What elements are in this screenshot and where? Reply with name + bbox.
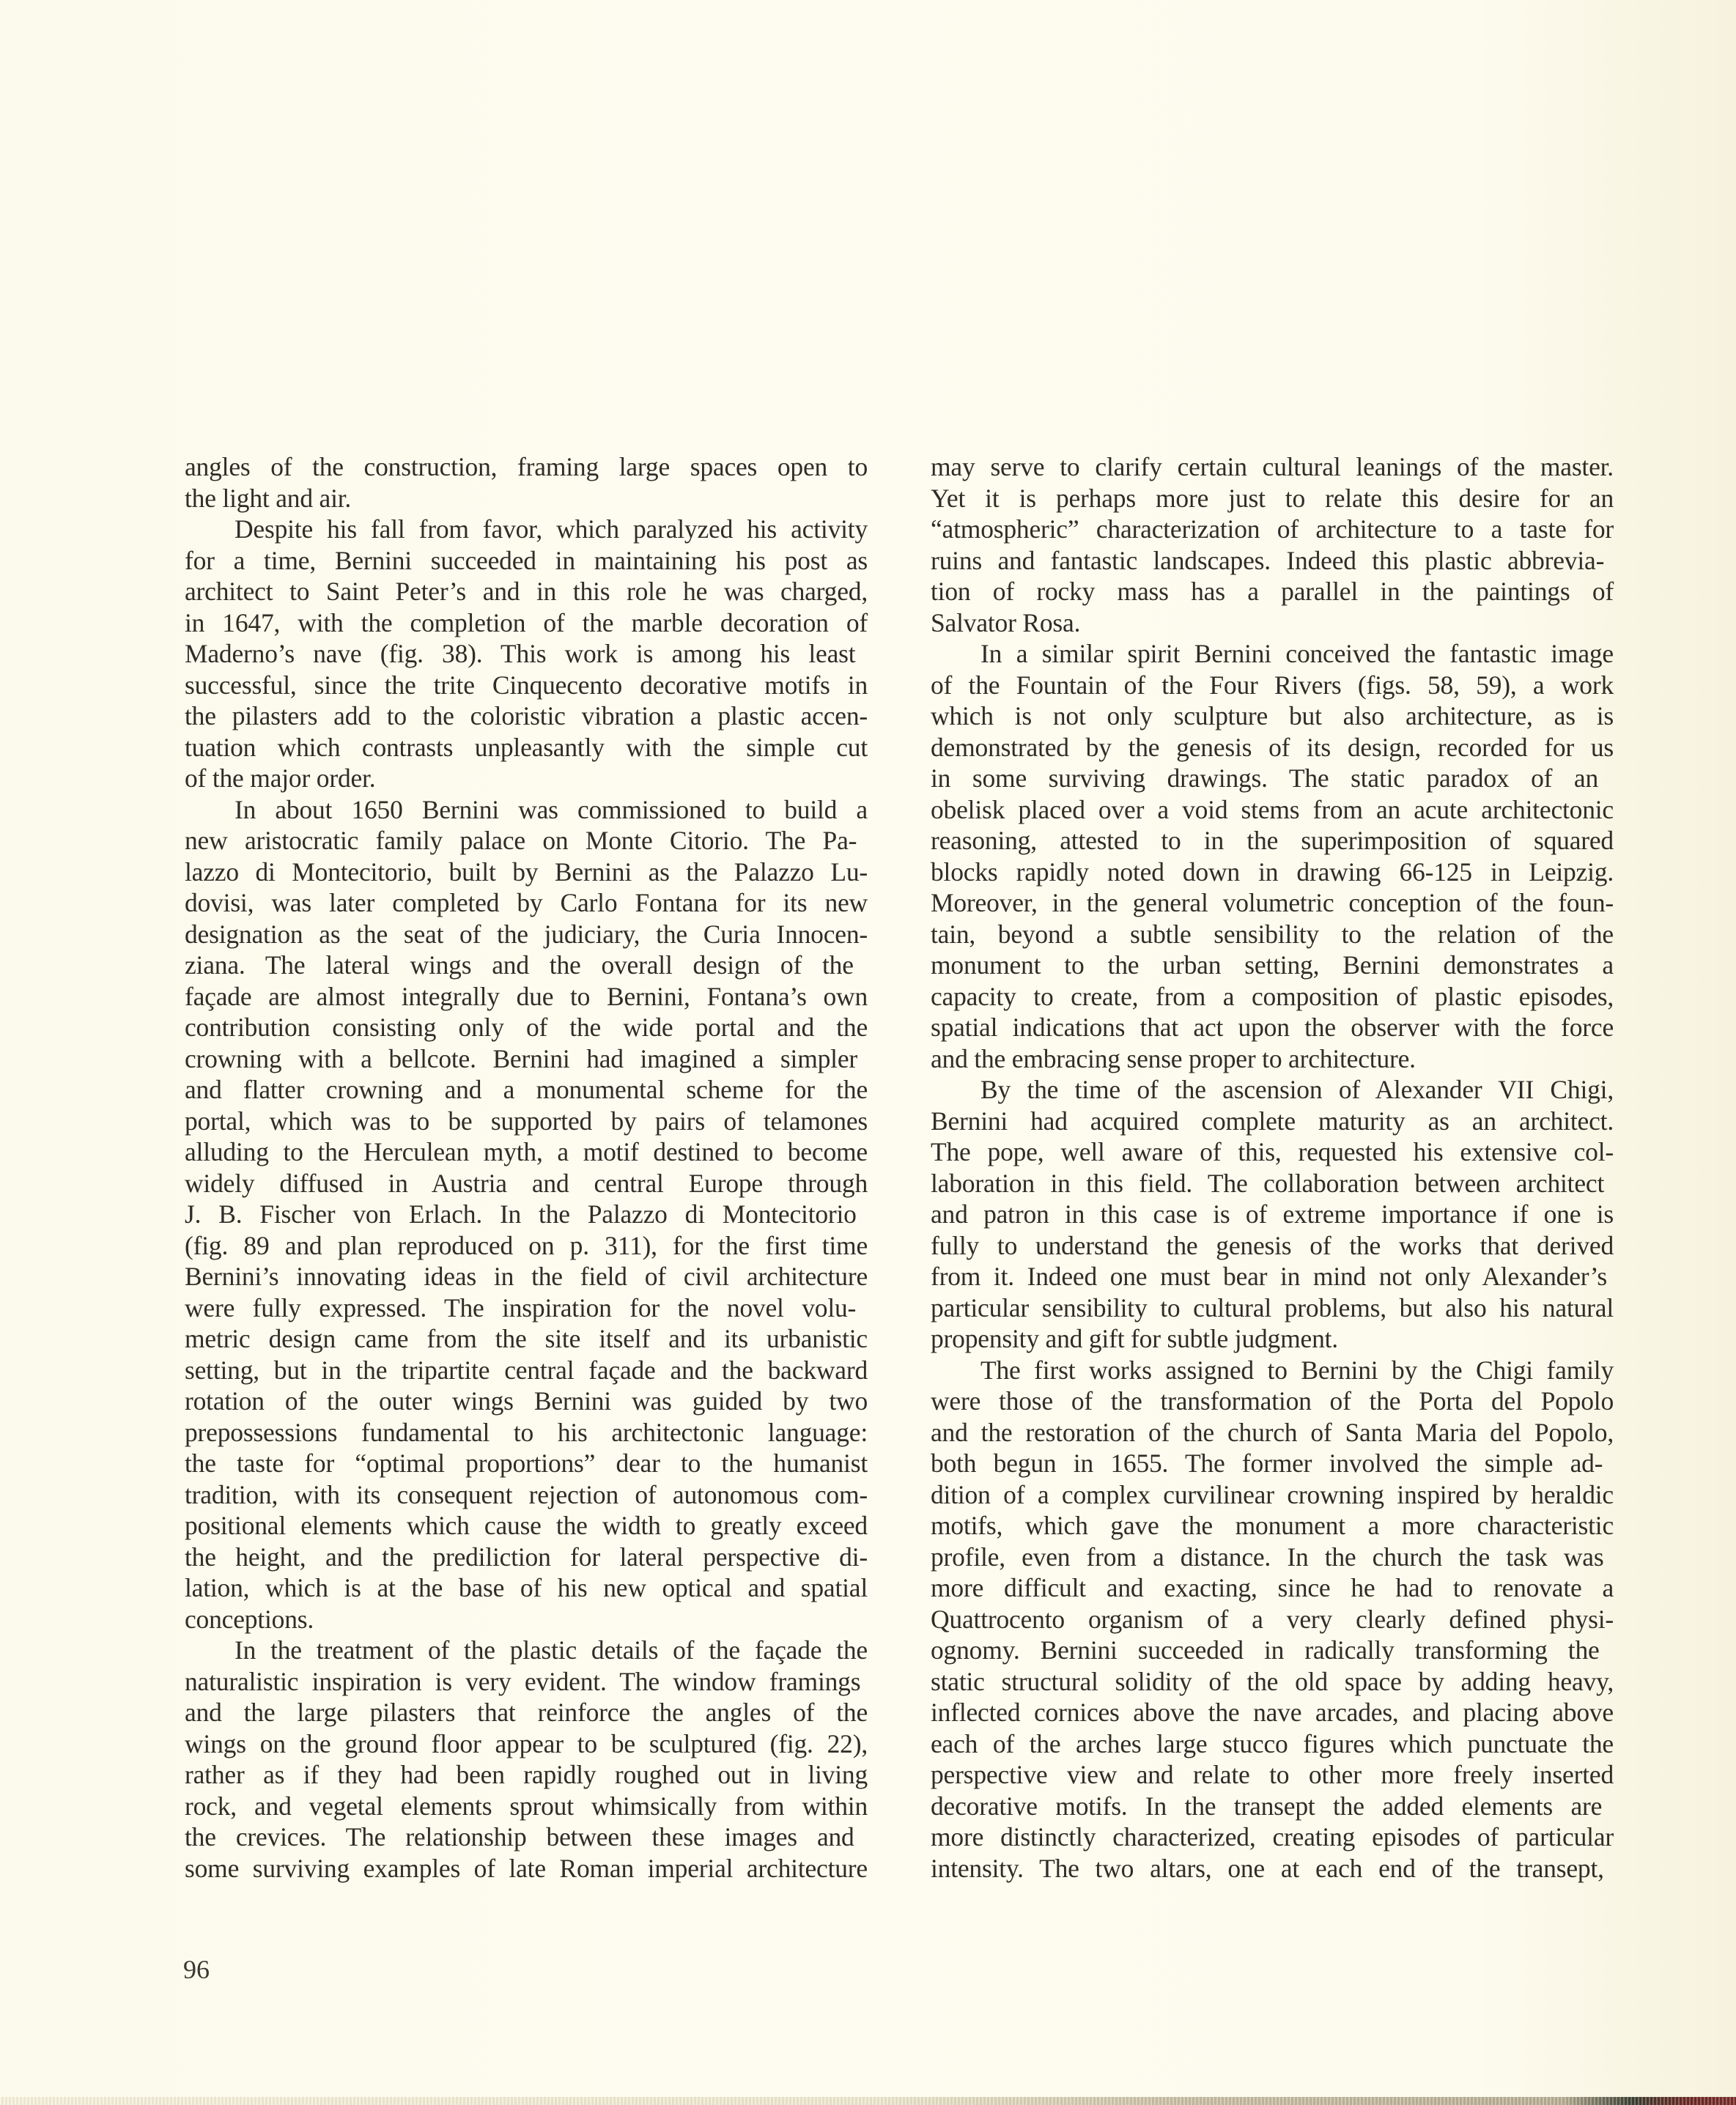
text-line: inflected cornices above the nave arcade…	[931, 1697, 1614, 1728]
text-line: blocks rapidly noted down in drawing 66-…	[931, 857, 1614, 888]
text-line: rotation of the outer wings Bernini was …	[185, 1386, 868, 1417]
text-line: intensity. The two altars, one at each e…	[931, 1853, 1614, 1884]
text-line: of the Fountain of the Four Rivers (figs…	[931, 670, 1614, 701]
text-line: demonstrated by the genesis of its desig…	[931, 732, 1614, 763]
text-line: decorative motifs. In the transept the a…	[931, 1791, 1614, 1822]
left-text-column: angles of the construction, framing larg…	[185, 451, 868, 1884]
text-line: contribution consisting only of the wide…	[185, 1012, 868, 1043]
text-line: wings on the ground floor appear to be s…	[185, 1728, 868, 1760]
text-line: architect to Saint Peter’s and in this r…	[185, 576, 868, 607]
text-line: may serve to clarify certain cultural le…	[931, 451, 1614, 483]
text-line: some surviving examples of late Roman im…	[185, 1853, 868, 1884]
text-line: the height, and the prediliction for lat…	[185, 1542, 868, 1573]
text-line: motifs, which gave the monument a more c…	[931, 1510, 1614, 1542]
right-text-column: may serve to clarify certain cultural le…	[931, 451, 1614, 1884]
text-line: angles of the construction, framing larg…	[185, 451, 868, 483]
text-line: laboration in this field. The collaborat…	[931, 1168, 1614, 1199]
text-line: rock, and vegetal elements sprout whimsi…	[185, 1791, 868, 1822]
text-line: Salvator Rosa.	[931, 607, 1614, 639]
text-line: profile, even from a distance. In the ch…	[931, 1542, 1614, 1573]
text-line: positional elements which cause the widt…	[185, 1510, 868, 1542]
text-line: were those of the transformation of the …	[931, 1386, 1614, 1417]
text-line: static structural solidity of the old sp…	[931, 1666, 1614, 1698]
text-line: The pope, well aware of this, requested …	[931, 1136, 1614, 1168]
text-line: propensity and gift for subtle judgment.	[931, 1323, 1614, 1355]
text-line: and the restoration of the church of San…	[931, 1417, 1614, 1449]
text-line: lazzo di Montecitorio, built by Bernini …	[185, 857, 868, 888]
text-line: façade are almost integrally due to Bern…	[185, 981, 868, 1013]
text-line: tuation which contrasts unpleasantly wit…	[185, 732, 868, 763]
text-line: ognomy. Bernini succeeded in radically t…	[931, 1635, 1614, 1666]
text-line: designation as the seat of the judiciary…	[185, 919, 868, 950]
text-line: new aristocratic family palace on Monte …	[185, 825, 868, 857]
text-line: setting, but in the tripartite central f…	[185, 1355, 868, 1386]
page-edge-strip	[0, 2097, 1736, 2105]
text-line: Despite his fall from favor, which paral…	[185, 514, 868, 545]
text-line: in 1647, with the completion of the marb…	[185, 607, 868, 639]
text-line: (fig. 89 and plan reproduced on p. 311),…	[185, 1230, 868, 1262]
text-line: were fully expressed. The inspiration fo…	[185, 1292, 868, 1324]
text-line: spatial indications that act upon the ob…	[931, 1012, 1614, 1043]
text-line: dition of a complex curvilinear crowning…	[931, 1479, 1614, 1511]
text-line: portal, which was to be supported by pai…	[185, 1106, 868, 1137]
text-line: from it. Indeed one must bear in mind no…	[931, 1261, 1614, 1292]
text-line: rather as if they had been rapidly rough…	[185, 1759, 868, 1791]
text-line: In the treatment of the plastic details …	[185, 1635, 868, 1666]
text-line: Yet it is perhaps more just to relate th…	[931, 483, 1614, 514]
text-line: which is not only sculpture but also arc…	[931, 700, 1614, 732]
text-line: the taste for “optimal proportions” dear…	[185, 1448, 868, 1479]
text-line: both begun in 1655. The former involved …	[931, 1448, 1614, 1479]
page-number: 96	[183, 1955, 210, 1984]
text-line: the light and air.	[185, 483, 868, 514]
text-line: Bernini had acquired complete maturity a…	[931, 1106, 1614, 1137]
text-line: and the embracing sense proper to archit…	[931, 1043, 1614, 1075]
text-line: and the large pilasters that reinforce t…	[185, 1697, 868, 1728]
text-line: particular sensibility to cultural probl…	[931, 1292, 1614, 1324]
text-line: crowning with a bellcote. Bernini had im…	[185, 1043, 868, 1075]
text-line: Maderno’s nave (fig. 38). This work is a…	[185, 638, 868, 670]
text-line: The first works assigned to Bernini by t…	[931, 1355, 1614, 1386]
text-line: In about 1650 Bernini was commissioned t…	[185, 794, 868, 826]
text-line: alluding to the Herculean myth, a motif …	[185, 1136, 868, 1168]
text-line: metric design came from the site itself …	[185, 1323, 868, 1355]
text-line: reasoning, attested to in the superimpos…	[931, 825, 1614, 857]
text-line: each of the arches large stucco figures …	[931, 1728, 1614, 1760]
text-line: perspective view and relate to other mor…	[931, 1759, 1614, 1791]
text-line: By the time of the ascension of Alexande…	[931, 1074, 1614, 1106]
text-line: in some surviving drawings. The static p…	[931, 763, 1614, 794]
text-line: tain, beyond a subtle sensibility to the…	[931, 919, 1614, 950]
text-line: tion of rocky mass has a parallel in the…	[931, 576, 1614, 607]
text-line: successful, since the trite Cinquecento …	[185, 670, 868, 701]
text-line: ziana. The lateral wings and the overall…	[185, 950, 868, 981]
text-line: conceptions.	[185, 1604, 868, 1635]
text-line: prepossessions fundamental to his archit…	[185, 1417, 868, 1449]
text-line: widely diffused in Austria and central E…	[185, 1168, 868, 1199]
text-line: for a time, Bernini succeeded in maintai…	[185, 545, 868, 577]
text-line: Moreover, in the general volumetric conc…	[931, 887, 1614, 919]
text-line: obelisk placed over a void stems from an…	[931, 794, 1614, 826]
text-line: fully to understand the genesis of the w…	[931, 1230, 1614, 1262]
text-line: and patron in this case is of extreme im…	[931, 1199, 1614, 1230]
text-line: dovisi, was later completed by Carlo Fon…	[185, 887, 868, 919]
text-line: “atmospheric” characterization of archit…	[931, 514, 1614, 545]
text-line: more difficult and exacting, since he ha…	[931, 1572, 1614, 1604]
text-line: and flatter crowning and a monumental sc…	[185, 1074, 868, 1106]
text-line: capacity to create, from a composition o…	[931, 981, 1614, 1013]
text-line: naturalistic inspiration is very evident…	[185, 1666, 868, 1698]
book-page: angles of the construction, framing larg…	[0, 0, 1736, 2097]
text-line: the crevices. The relationship between t…	[185, 1821, 868, 1853]
text-line: tradition, with its consequent rejection…	[185, 1479, 868, 1511]
text-line: J. B. Fischer von Erlach. In the Palazzo…	[185, 1199, 868, 1230]
text-line: In a similar spirit Bernini conceived th…	[931, 638, 1614, 670]
text-line: of the major order.	[185, 763, 868, 794]
text-line: lation, which is at the base of his new …	[185, 1572, 868, 1604]
text-line: monument to the urban setting, Bernini d…	[931, 950, 1614, 981]
text-line: more distinctly characterized, creating …	[931, 1821, 1614, 1853]
text-line: ruins and fantastic landscapes. Indeed t…	[931, 545, 1614, 577]
text-line: the pilasters add to the coloristic vibr…	[185, 700, 868, 732]
text-line: Quattrocento organism of a very clearly …	[931, 1604, 1614, 1635]
text-line: Bernini’s innovating ideas in the field …	[185, 1261, 868, 1292]
